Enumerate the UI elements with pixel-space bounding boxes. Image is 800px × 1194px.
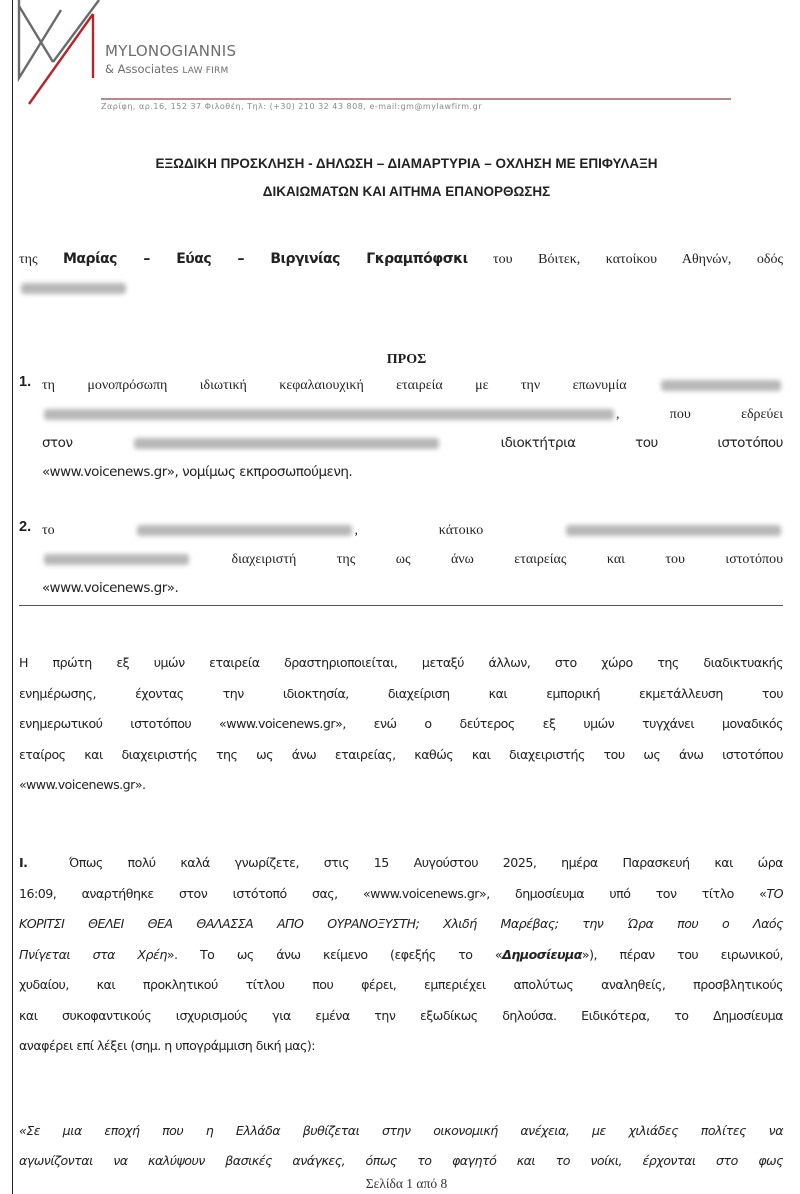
recipient-1-seat: , που εδρεύει — [616, 407, 783, 422]
redacted-person-address-cont — [44, 554, 189, 565]
recipient-2-text-b: , κάτοικο — [354, 523, 483, 538]
intro-line-1: Η πρώτη εξ υμών εταιρεία δραστηριοποιείτ… — [19, 648, 783, 679]
firm-contact-info: Ζαρίφη, αρ.16, 152 37 Φιλοθέη, Τηλ: (+30… — [101, 102, 482, 111]
sender-line: της Μαρίας – Εύας – Βιργινίας Γκραμπόφσκ… — [19, 245, 783, 274]
recipient-1-website: «www.voicenews.gr», νομίμως εκπροσωπούμε… — [42, 458, 783, 487]
document-page: MYLONOGIANNIS & Associates LAW FIRM Ζαρί… — [13, 0, 800, 1194]
section-one-line-2: 16:09, αναρτήθηκε στον ιστότοπό σας, «ww… — [19, 879, 783, 910]
document-title: ΕΞΩΔΙΚΗ ΠΡΟΣΚΛΗΣΗ - ΔΗΛΩΣΗ – ΔΙΑΜΑΡΤΥΡΙΑ… — [13, 150, 800, 206]
section-one-line-3: ΚΟΡΙΤΣΙ ΘΕΛΕΙ ΘΕΑ ΘΑΛΑΣΣΑ ΑΠΟ ΟΥΡΑΝΟΞΥΣΤ… — [19, 909, 783, 940]
sender-block: της Μαρίας – Εύας – Βιργινίας Γκραμπόφσκ… — [19, 245, 783, 303]
publication-title: ΚΟΡΙΤΣΙ ΘΕΛΕΙ ΘΕΑ ΘΑΛΑΣΣΑ ΑΠΟ ΟΥΡΑΝΟΞΥΣΤ… — [19, 916, 783, 931]
intro-line-4: εταίρος και διαχειριστής της ως άνω εται… — [19, 740, 783, 771]
recipient-2-number: 2. — [19, 519, 31, 535]
recipient-1-number: 1. — [19, 374, 31, 390]
quote-line-1: «Σε μια εποχή που η Ελλάδα βυθίζεται στη… — [19, 1116, 783, 1146]
firm-logo-icon — [13, 0, 113, 110]
recipient-1-line-3: στον ιδιοκτήτρια του ιστοτόπου — [42, 429, 783, 458]
title-line-1: ΕΞΩΔΙΚΗ ΠΡΟΣΚΛΗΣΗ - ΔΗΛΩΣΗ – ΔΙΑΜΑΡΤΥΡΙΑ… — [13, 150, 800, 178]
section-one-text-2: 16:09, αναρτήθηκε στον ιστότοπό σας, «ww… — [19, 886, 766, 901]
recipient-2-text-a: το — [42, 523, 55, 538]
intro-line-2: ενημέρωσης, έχοντας την ιδιοκτησία, διαχ… — [19, 679, 783, 710]
redacted-person-name — [137, 525, 352, 536]
recipient-1-text-c: στον — [42, 435, 72, 451]
recipients-heading: ΠΡΟΣ — [13, 352, 800, 368]
recipient-2-text-c: διαχειριστή της ως άνω εταιρείας και του… — [231, 552, 783, 567]
intro-line-3: ενημερωτικού ιστοτόπου «www.voicenews.gr… — [19, 709, 783, 740]
redacted-person-address — [566, 525, 781, 536]
redacted-company-address — [134, 438, 439, 449]
page-number: Σελίδα 1 από 8 — [13, 1176, 800, 1192]
letterhead-rule — [101, 98, 731, 100]
firm-subtitle-main: & Associates — [105, 62, 179, 76]
recipient-1-line-2: , που εδρεύει — [42, 400, 783, 429]
section-one-text-1: Όπως πολύ καλά γνωρίζετε, στις 15 Αυγούσ… — [69, 855, 783, 870]
redacted-address — [21, 283, 126, 294]
section-one-text-4b: »), πέραν του ειρωνικού, — [582, 947, 783, 962]
section-one: I.Όπως πολύ καλά γνωρίζετε, στις 15 Αυγο… — [19, 848, 783, 1062]
sender-prefix: της — [19, 252, 38, 267]
firm-name: MYLONOGIANNIS — [105, 42, 236, 60]
section-one-numeral: I. — [19, 848, 69, 879]
publication-defined-term: Δημοσίευμα — [502, 947, 582, 962]
recipient-1-line-1: τη μονοπρόσωπη ιδιωτική κεφαλαιουχική ετ… — [42, 371, 783, 400]
recipient-1-text: τη μονοπρόσωπη ιδιωτική κεφαλαιουχική ετ… — [42, 378, 627, 393]
recipient-2-line-2: διαχειριστή της ως άνω εταιρείας και του… — [42, 545, 783, 574]
sender-suffix: του Βόιτεκ, κατοίκου Αθηνών, οδός — [493, 252, 783, 267]
section-one-line-7: αναφέρει επί λέξει (σημ. η υπογράμμιση δ… — [19, 1031, 783, 1062]
section-divider — [19, 605, 783, 606]
title-line-2: ΔΙΚΑΙΩΜΑΤΩΝ ΚΑΙ ΑΙΤΗΜΑ ΕΠΑΝΟΡΘΩΣΗΣ — [13, 178, 800, 206]
quote-line-2: αγωνίζονται να καλύψουν βασικές ανάγκες,… — [19, 1146, 783, 1176]
section-one-line-6: και συκοφαντικούς ισχυρισμούς για εμένα … — [19, 1001, 783, 1032]
section-one-line-1: I.Όπως πολύ καλά γνωρίζετε, στις 15 Αυγο… — [19, 848, 783, 879]
publication-title-end: Πνίγεται στα Χρέη — [19, 947, 167, 962]
firm-subtitle-small: LAW FIRM — [182, 66, 228, 76]
firm-subtitle: & Associates LAW FIRM — [105, 62, 228, 76]
recipient-1-text-d: ιδιοκτήτρια του ιστοτόπου — [501, 435, 783, 451]
section-one-line-4: Πνίγεται στα Χρέη». Το ως άνω κείμενο (ε… — [19, 940, 783, 971]
section-one-line-5: χυδαίου, και προκλητικού τίτλου που φέρε… — [19, 970, 783, 1001]
intro-paragraph: Η πρώτη εξ υμών εταιρεία δραστηριοποιείτ… — [19, 648, 783, 801]
recipient-2-line-1: το , κάτοικο — [42, 516, 783, 545]
letterhead: MYLONOGIANNIS & Associates LAW FIRM Ζαρί… — [13, 0, 800, 120]
publication-title-start: ΤΟ — [766, 886, 783, 901]
intro-line-5: «www.voicenews.gr». — [19, 770, 783, 801]
recipient-1: τη μονοπρόσωπη ιδιωτική κεφαλαιουχική ετ… — [42, 371, 783, 487]
redacted-company-name-cont — [44, 409, 614, 420]
redacted-company-name — [661, 380, 781, 391]
recipient-2-website: «www.voicenews.gr». — [42, 574, 783, 603]
quoted-publication: «Σε μια εποχή που η Ελλάδα βυθίζεται στη… — [19, 1116, 783, 1176]
recipient-2: το , κάτοικο διαχειριστή της ως άνω εται… — [42, 516, 783, 603]
section-one-text-4a: ». Το ως άνω κείμενο (εφεξής το « — [167, 947, 502, 962]
sender-name: Μαρίας – Εύας – Βιργινίας Γκραμπόφσκι — [63, 251, 468, 267]
